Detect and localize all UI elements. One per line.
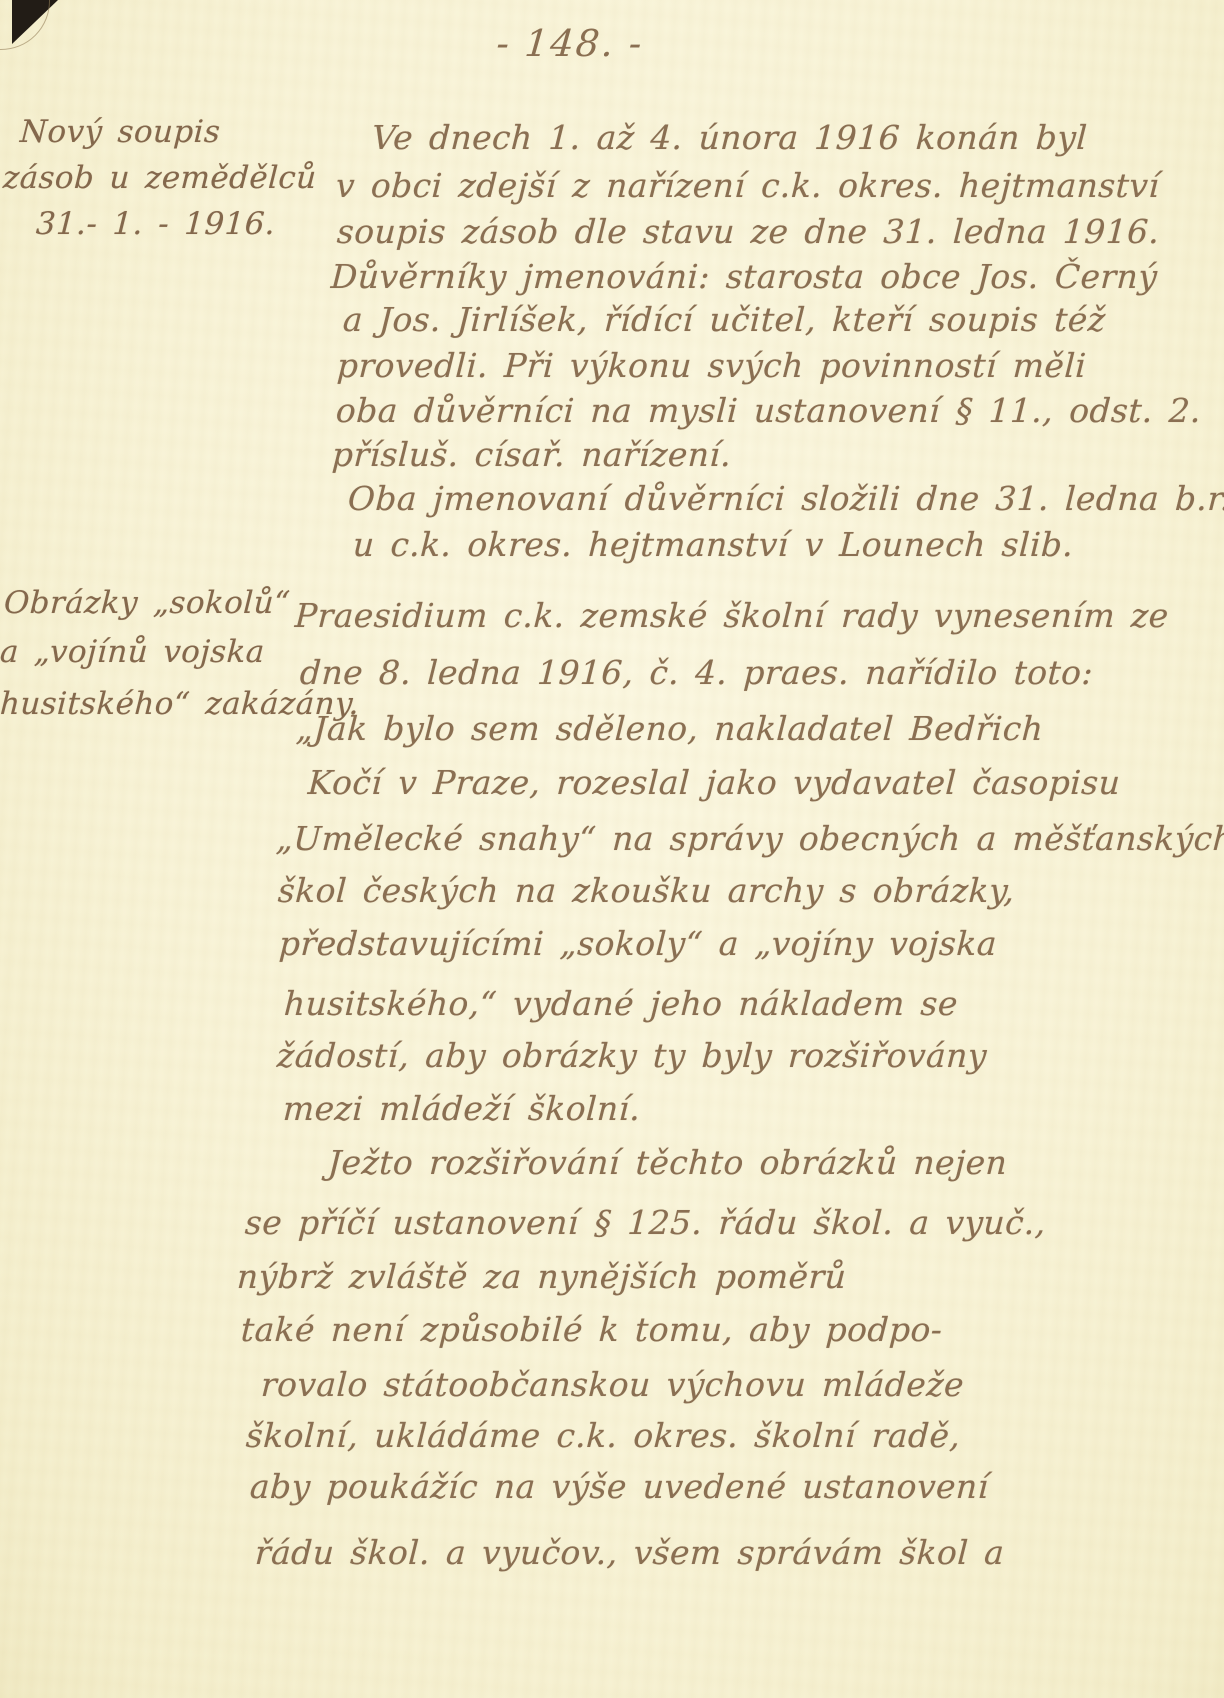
entry1-line: přísluš. císař. nařízení. bbox=[331, 432, 733, 478]
margin-note-inventory-line: 31.- 1. - 1916. bbox=[35, 202, 276, 246]
entry2-line: představujícími „sokoly“ a „vojíny vojsk… bbox=[278, 921, 998, 967]
entry2-line: dne 8. ledna 1916, č. 4. praes. nařídilo… bbox=[299, 650, 1094, 696]
entry2-line: Ježto rozšiřování těchto obrázků nejen bbox=[327, 1140, 1009, 1186]
entry1-line: u c.k. okres. hejtmanství v Lounech slib… bbox=[352, 522, 1075, 568]
entry2-line: Kočí v Praze, rozeslal jako vydavatel ča… bbox=[307, 760, 1122, 806]
margin-note-inventory-line: Nový soupis bbox=[19, 110, 222, 154]
entry1-line: Ve dnech 1. až 4. února 1916 konán byl bbox=[371, 115, 1089, 161]
entry2-line: se příčí ustanovení § 125. řádu škol. a … bbox=[244, 1200, 1047, 1246]
margin-note-pictures-ban-line: Obrázky „sokolů“ bbox=[3, 581, 292, 625]
entry1-line: a Jos. Jirlíšek, řídící učitel, kteří so… bbox=[342, 297, 1107, 343]
entry2-line: mezi mládeží školní. bbox=[282, 1086, 642, 1132]
entry2-line: husitského,“ vydané jeho nákladem se bbox=[283, 981, 959, 1027]
entry1-line: Důvěrníky jmenováni: starosta obce Jos. … bbox=[330, 254, 1159, 300]
chronicle-page: - 148. - Nový soupis zásob u zemědělců 3… bbox=[0, 0, 1224, 1698]
entry2-line: Praesidium c.k. zemské školní rady vynes… bbox=[294, 593, 1170, 639]
entry1-line: soupis zásob dle stavu ze dne 31. ledna … bbox=[336, 209, 1161, 255]
entry1-line: provedli. Při výkonu svých povinností mě… bbox=[336, 343, 1088, 389]
entry2-line: nýbrž zvláště za nynějších poměrů bbox=[236, 1254, 848, 1300]
entry2-line: aby poukážíc na výše uvedené ustanovení bbox=[249, 1464, 990, 1510]
entry2-line: rovalo státoobčanskou výchovu mládeže bbox=[260, 1362, 965, 1408]
entry2-line: žádostí, aby obrázky ty byly rozšiřovány bbox=[276, 1033, 988, 1079]
entry2-line: škol českých na zkoušku archy s obrázky, bbox=[277, 868, 1016, 914]
margin-note-inventory-line: zásob u zemědělců bbox=[2, 156, 318, 200]
entry2-line: „Umělecké snahy“ na správy obecných a mě… bbox=[275, 816, 1224, 862]
entry1-line: v obci zdejší z nařízení c.k. okres. hej… bbox=[335, 163, 1161, 209]
entry2-line: řádu škol. a vyučov., všem správám škol … bbox=[254, 1530, 1006, 1576]
entry1-line: Oba jmenovaní důvěrníci složili dne 31. … bbox=[347, 476, 1224, 522]
entry2-line: také není způsobilé k tomu, aby podpo- bbox=[240, 1307, 944, 1353]
page-number: - 148. - bbox=[418, 22, 722, 65]
entry2-line: školní, ukládáme c.k. okres. školní radě… bbox=[245, 1413, 962, 1459]
entry2-line: „Jak bylo sem sděleno, nakladatel Bedřic… bbox=[295, 706, 1045, 752]
entry1-line: oba důvěrníci na mysli ustanovení § 11.,… bbox=[335, 388, 1203, 434]
margin-note-pictures-ban-line: a „vojínů vojska bbox=[0, 630, 266, 674]
